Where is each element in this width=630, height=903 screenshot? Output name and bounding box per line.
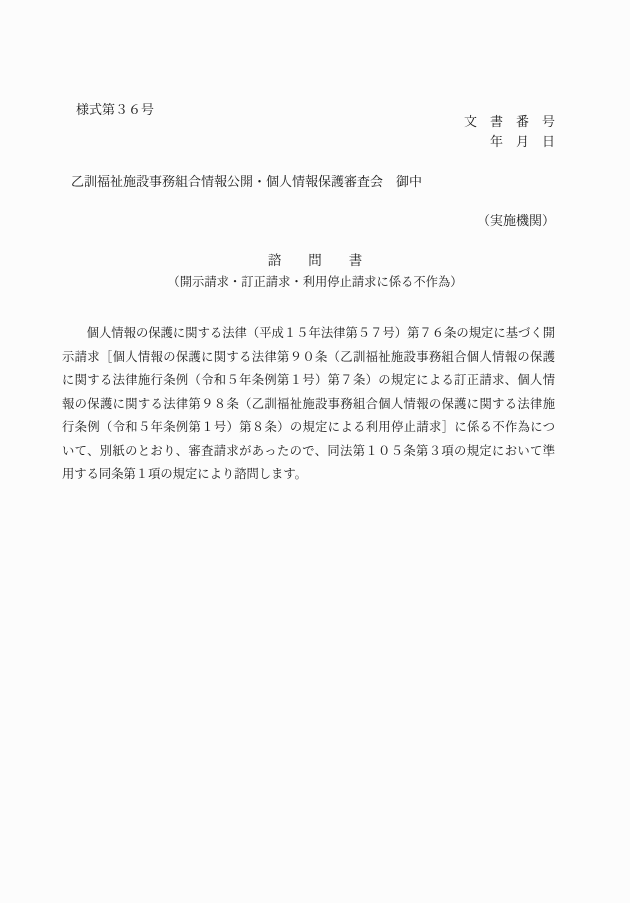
date-label: 年 月 日: [490, 132, 555, 152]
body-line-2: 示請求［個人情報の保護に関する法律第９０条（乙訓福祉施設事務組合個人情報の保護: [62, 346, 555, 370]
body-line-3: に関する法律施行条例（令和５年条例第１号）第７条）の規定による訂正請求、個人情: [62, 369, 555, 393]
body-line-6: いて、別紙のとおり、審査請求があったので、同法第１０５条第３項の規定において準: [62, 440, 555, 464]
body-line-4: 報の保護に関する法律第９８条（乙訓福祉施設事務組合個人情報の保護に関する法律施: [62, 393, 555, 417]
body-paragraph: 個人情報の保護に関する法律（平成１５年法律第５７号）第７６条の規定に基づく開 示…: [62, 322, 555, 487]
form-number: 様式第３６号: [76, 100, 154, 120]
issuer-label: （実施機関）: [477, 211, 555, 231]
doc-number-label: 文 書 番 号: [464, 112, 555, 132]
body-line-1: 個人情報の保護に関する法律（平成１５年法律第５７号）第７６条の規定に基づく開: [62, 322, 555, 346]
document-page: 様式第３６号 文 書 番 号 年 月 日 乙訓福祉施設事務組合情報公開・個人情報…: [0, 0, 630, 903]
addressee-line: 乙訓福祉施設事務組合情報公開・個人情報保護審査会 御中: [71, 172, 422, 192]
document-subtitle: （開示請求・訂正請求・利用停止請求に係る不作為）: [0, 272, 630, 292]
body-line-5: 行条例（令和５年条例第１号）第８条）の規定による利用停止請求］に係る不作為につ: [62, 416, 555, 440]
body-line-7: 用する同条第１項の規定により諮問します。: [62, 463, 555, 487]
document-title: 諮 問 書: [0, 251, 630, 271]
